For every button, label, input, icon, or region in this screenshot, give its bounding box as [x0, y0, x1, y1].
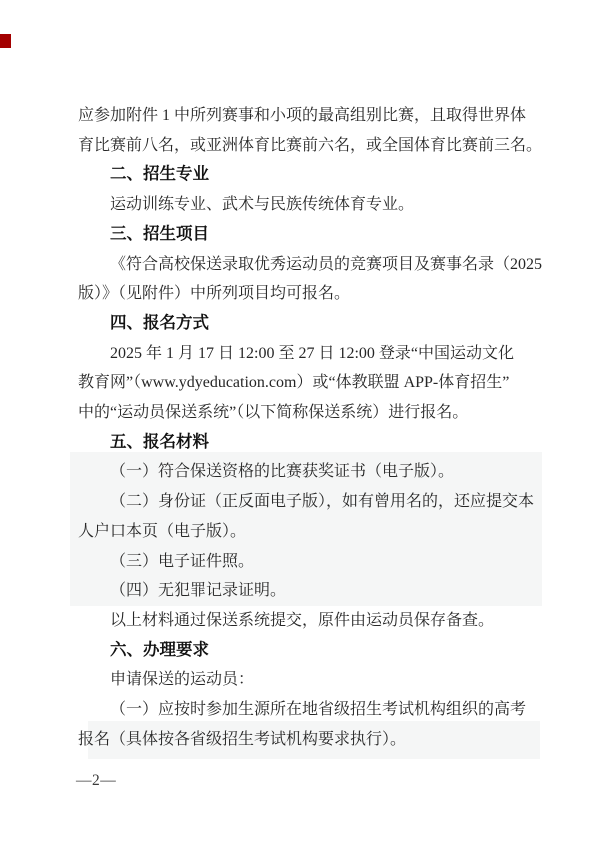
page-number: —2—: [76, 771, 116, 791]
para-materials-submission-note: 以上材料通过保送系统提交，原件由运动员保存备查。: [78, 606, 570, 636]
para-applicant-athletes-intro: 申请保送的运动员：: [78, 665, 570, 695]
red-seal-fragment-mark: [0, 34, 11, 48]
heading-enrollment-events: 三、招生项目: [78, 220, 570, 250]
heading-registration-method: 四、报名方式: [78, 309, 570, 339]
document-page: 应参加附件 1 中所列赛事和小项的最高组别比赛，且取得世界体 育比赛前八名，或亚…: [0, 0, 600, 849]
para-material-2-id-card: （二）身份证（正反面电子版），如有曾用名的，还应提交本 人户口本页（电子版）。: [78, 487, 570, 546]
para-material-3-photo: （三）电子证件照。: [78, 547, 570, 577]
para-events-catalog: 《符合高校保送录取优秀运动员的竞赛项目及赛事名录（2025 版）》（见附件）中所…: [78, 250, 570, 309]
document-body: 应参加附件 1 中所列赛事和小项的最高组别比赛，且取得世界体 育比赛前八名，或亚…: [78, 101, 570, 754]
heading-registration-materials: 五、报名材料: [78, 428, 570, 458]
heading-enrollment-majors: 二、招生专业: [78, 160, 570, 190]
heading-processing-requirements: 六、办理要求: [78, 636, 570, 666]
para-requirement-1-gaokao: （一）应按时参加生源所在地省级招生考试机构组织的高考 报名（具体按各省级招生考试…: [78, 695, 570, 754]
para-material-1-certificate: （一）符合保送资格的比赛获奖证书（电子版）。: [78, 457, 570, 487]
para-material-4-no-crime: （四）无犯罪记录证明。: [78, 576, 570, 606]
para-majors-list: 运动训练专业、武术与民族传统体育专业。: [78, 190, 570, 220]
para-eligibility-continued: 应参加附件 1 中所列赛事和小项的最高组别比赛，且取得世界体 育比赛前八名，或亚…: [78, 101, 570, 160]
para-registration-method: 2025 年 1 月 17 日 12:00 至 27 日 12:00 登录“中国…: [78, 339, 570, 428]
